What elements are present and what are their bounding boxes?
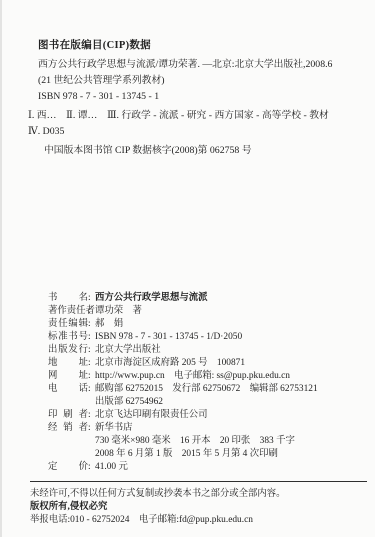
colophon-row-isbn: 标准书号:ISBN 978 - 7 - 301 - 13745 - 1/D·20… <box>48 331 318 344</box>
publisher-address: 北京市海淀区成府路 205 号 100871 <box>95 358 245 368</box>
standard-book-number: ISBN 978 - 7 - 301 - 13745 - 1/D·2050 <box>95 332 242 342</box>
colophon-block: 书名:西方公共行政学思想与流派 著作责任者:谭功荣 著 责任编辑:郝 娟 标准书… <box>48 292 318 474</box>
colophon-row-edition: 2008 年 6 月第 1 版 2015 年 5 月第 4 次印刷 <box>48 448 318 461</box>
editor-name: 郝 娟 <box>95 319 123 329</box>
colophon-label: 经销者 <box>48 422 88 435</box>
colophon-label: 电话 <box>48 383 88 396</box>
cip-title-line: 西方公共行政学思想与流派/谭功荣著. —北京:北京大学出版社,2008.6 <box>38 57 332 73</box>
colophon-row-printer: 印刷者:北京飞达印刷有限责任公司 <box>48 409 318 422</box>
publisher-phones: 邮购部 62752015 发行部 62750672 编辑部 62753121 <box>95 384 318 394</box>
cip-series-line: (21 世纪公共管理学系列教材) <box>38 73 332 89</box>
classification-line-2: Ⅳ. D035 <box>28 124 329 140</box>
publishing-dept-phone: 出版部 62754962 <box>95 397 163 407</box>
rights-reserved-line: 版权所有,侵权必究 <box>30 501 285 514</box>
publisher-website: http://www.pup.cn 电子邮箱: ss@pup.pku.edu.c… <box>95 371 290 381</box>
report-contact-line: 举报电话:010 - 62752024 电子邮箱:fd@pup.pku.edu.… <box>30 514 285 527</box>
colophon-label: 书名 <box>48 292 88 305</box>
no-copy-notice: 未经许可,不得以任何方式复制或抄袭本书之部分或全部内容。 <box>30 488 285 501</box>
colophon-label: 责任编辑 <box>48 318 88 331</box>
cip-classification: Ⅰ. 西… Ⅱ. 谭… Ⅲ. 行政学 - 流派 - 研究 - 西方国家 - 高等… <box>28 108 329 140</box>
colophon-row-author: 著作责任者:谭功荣 著 <box>48 305 318 318</box>
footer-divider-line <box>30 481 367 482</box>
colophon-label: 著作责任者 <box>48 305 88 318</box>
scan-edge-artifact <box>0 0 2 537</box>
book-title: 西方公共行政学思想与流派 <box>95 293 208 303</box>
colophon-label: 标准书号 <box>48 331 88 344</box>
copyright-footer: 未经许可,不得以任何方式复制或抄袭本书之部分或全部内容。 版权所有,侵权必究 举… <box>30 488 285 527</box>
colophon-row-title: 书名:西方公共行政学思想与流派 <box>48 292 318 305</box>
colophon-row-website: 网址:http://www.pup.cn 电子邮箱: ss@pup.pku.ed… <box>48 370 318 383</box>
cip-description: 西方公共行政学思想与流派/谭功荣著. —北京:北京大学出版社,2008.6 (2… <box>38 57 332 105</box>
price: 41.00 元 <box>95 462 128 472</box>
print-format: 730 毫米×980 毫米 16 开本 20 印张 383 千字 <box>95 436 295 446</box>
colophon-label: 网址 <box>48 370 88 383</box>
colophon-label: 出版发行 <box>48 344 88 357</box>
printer-name: 北京飞达印刷有限责任公司 <box>95 410 208 420</box>
distributor-name: 新华书店 <box>95 423 133 433</box>
classification-line-1: Ⅰ. 西… Ⅱ. 谭… Ⅲ. 行政学 - 流派 - 研究 - 西方国家 - 高等… <box>28 108 329 124</box>
colophon-row-publisher: 出版发行:北京大学出版社 <box>48 344 318 357</box>
colophon-row-phone-cont: 出版部 62754962 <box>48 396 318 409</box>
author-name: 谭功荣 著 <box>95 306 142 316</box>
colophon-row-distributor: 经销者:新华书店 <box>48 422 318 435</box>
colophon-label: 印刷者 <box>48 409 88 422</box>
cip-record-number: 中国版本图书馆 CIP 数据核字(2008)第 062758 号 <box>44 142 252 156</box>
cip-header: 图书在版编目(CIP)数据 <box>38 37 151 52</box>
colophon-label: 地址 <box>48 357 88 370</box>
colophon-label: 定价 <box>48 461 88 474</box>
publisher-name: 北京大学出版社 <box>95 345 161 355</box>
colophon-row-address: 地址:北京市海淀区成府路 205 号 100871 <box>48 357 318 370</box>
colophon-row-price: 定价:41.00 元 <box>48 461 318 474</box>
cip-isbn-line: ISBN 978 - 7 - 301 - 13745 - 1 <box>38 89 332 105</box>
colophon-row-format: 730 毫米×980 毫米 16 开本 20 印张 383 千字 <box>48 435 318 448</box>
colophon-row-editor: 责任编辑:郝 娟 <box>48 318 318 331</box>
book-copyright-page: 图书在版编目(CIP)数据 西方公共行政学思想与流派/谭功荣著. —北京:北京大… <box>0 0 375 537</box>
colophon-row-phone: 电话:邮购部 62752015 发行部 62750672 编辑部 6275312… <box>48 383 318 396</box>
edition-info: 2008 年 6 月第 1 版 2015 年 5 月第 4 次印刷 <box>95 449 278 459</box>
